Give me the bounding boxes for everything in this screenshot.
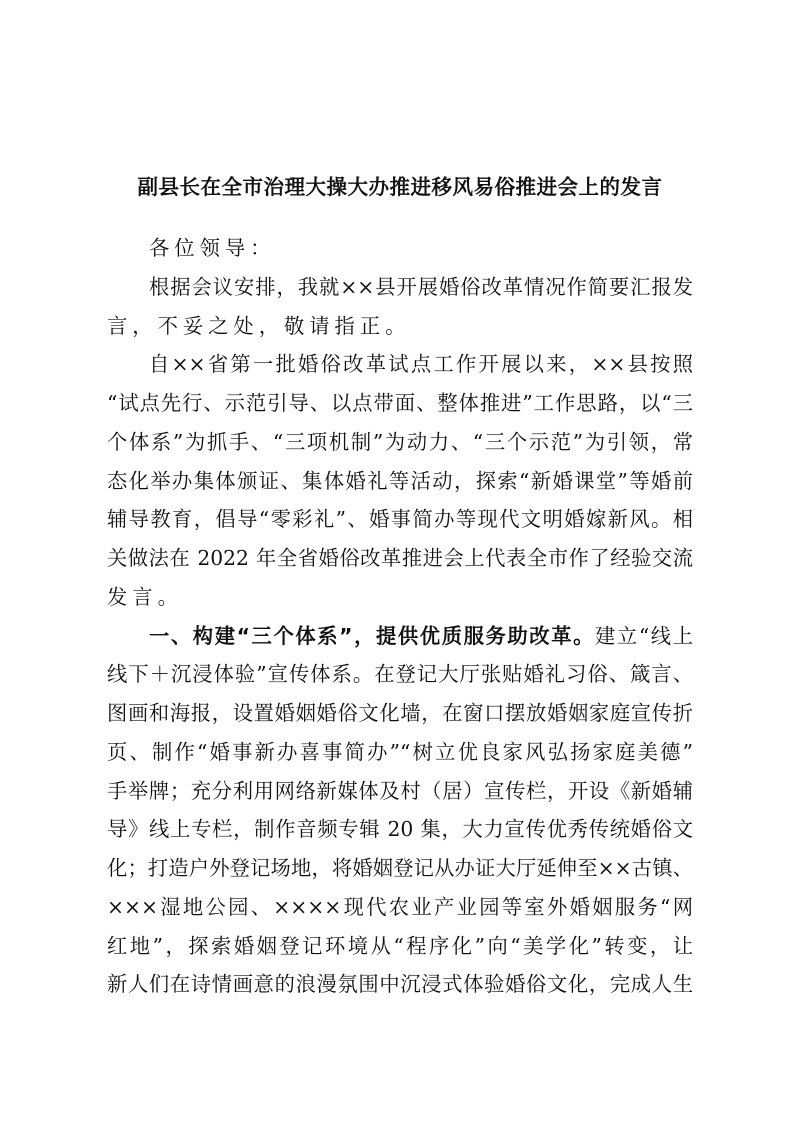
- paragraph-line: 页、制作“婚事新办喜事简办”“树立优良家风弘扬家庭美德”: [107, 733, 693, 772]
- section-heading: 一、构建“三个体系”，提供优质服务助改革。: [149, 624, 595, 648]
- paragraph-line: 图画和海报，设置婚姻婚俗文化墙，在窗口摆放婚姻家庭宣传折: [107, 694, 693, 733]
- paragraph-line: 红地”，探索婚姻登记环境从“程序化”向“美学化”转变，让: [107, 927, 693, 966]
- paragraph-1: 根据会议安排，我就××县开展婚俗改革情况作简要汇报发 言，不妥之处，敬请指正。: [107, 268, 693, 346]
- paragraph-line: 发言。: [107, 578, 693, 617]
- paragraph-line: 言，不妥之处，敬请指正。: [107, 307, 693, 346]
- paragraph-3: 一、构建“三个体系”，提供优质服务助改革。建立“线上 线下＋沉浸体验”宣传体系。…: [107, 617, 693, 1005]
- paragraph-line: 自××省第一批婚俗改革试点工作开展以来，××县按照: [107, 345, 693, 384]
- salutation: 各位领导：: [107, 229, 693, 268]
- paragraph-line: “试点先行、示范引导、以点带面、整体推进”工作思路，以“三: [107, 384, 693, 423]
- paragraph-line: 线下＋沉浸体验”宣传体系。在登记大厅张贴婚礼习俗、箴言、: [107, 655, 693, 694]
- document-body: 各位领导： 根据会议安排，我就××县开展婚俗改革情况作简要汇报发 言，不妥之处，…: [107, 229, 693, 1004]
- paragraph-line: 化；打造户外登记场地，将婚姻登记从办证大厅延伸至××古镇、: [107, 849, 693, 888]
- paragraph-line: 态化举办集体颁证、集体婚礼等活动，探索“新婚课堂”等婚前: [107, 462, 693, 501]
- paragraph-line: 手举牌；充分利用网络新媒体及村（居）宣传栏，开设《新婚辅: [107, 772, 693, 811]
- paragraph-line: 关做法在 2022 年全省婚俗改革推进会上代表全市作了经验交流: [107, 539, 693, 578]
- paragraph-line: 导》线上专栏，制作音频专辑 20 集，大力宣传优秀传统婚俗文: [107, 810, 693, 849]
- section-heading-line: 一、构建“三个体系”，提供优质服务助改革。建立“线上: [107, 617, 693, 656]
- paragraph-line: ×××湿地公园、××××现代农业产业园等室外婚姻服务“网: [107, 888, 693, 927]
- paragraph-text: 建立“线上: [595, 624, 693, 648]
- paragraph-line: 个体系”为抓手、“三项机制”为动力、“三个示范”为引领，常: [107, 423, 693, 462]
- paragraph-line: 辅导教育，倡导“零彩礼”、婚事简办等现代文明婚嫁新风。相: [107, 500, 693, 539]
- paragraph-2: 自××省第一批婚俗改革试点工作开展以来，××县按照 “试点先行、示范引导、以点带…: [107, 345, 693, 616]
- document-title: 副县长在全市治理大操大办推进移风易俗推进会上的发言: [107, 172, 693, 202]
- paragraph-line: 新人们在诗情画意的浪漫氛围中沉浸式体验婚俗文化，完成人生: [107, 965, 693, 1004]
- paragraph-line: 根据会议安排，我就××县开展婚俗改革情况作简要汇报发: [107, 268, 693, 307]
- document-page: 副县长在全市治理大操大办推进移风易俗推进会上的发言 各位领导： 根据会议安排，我…: [0, 0, 793, 1122]
